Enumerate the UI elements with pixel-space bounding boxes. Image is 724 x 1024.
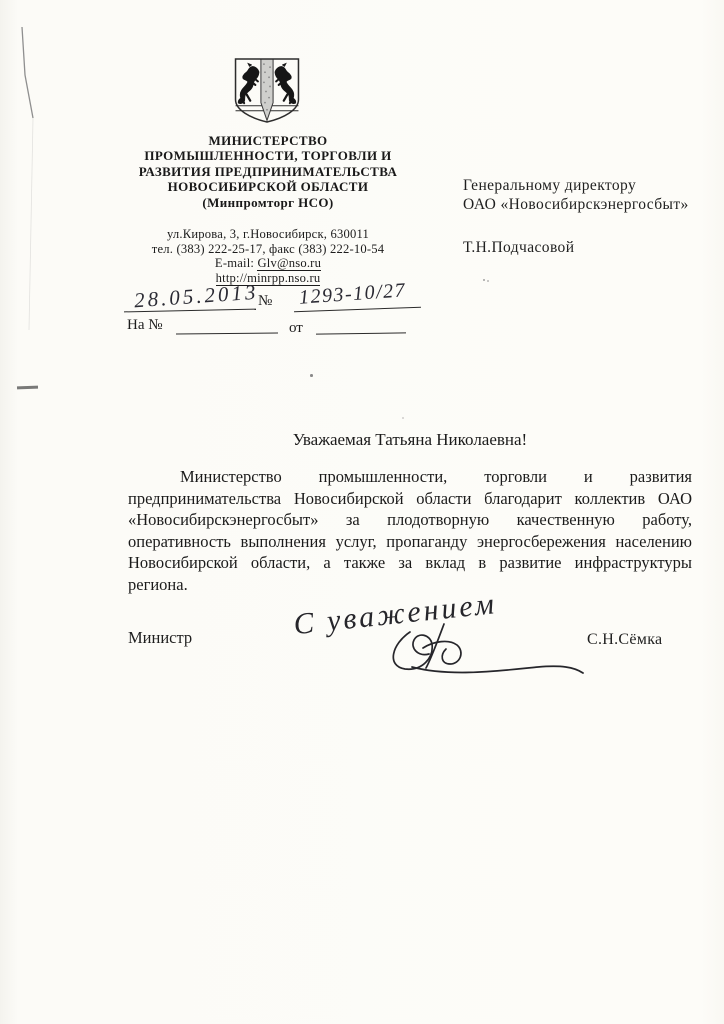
recipient-organization: ОАО «Новосибирскэнергосбыт» bbox=[463, 195, 718, 214]
scan-speck bbox=[310, 374, 313, 377]
scan-speck bbox=[402, 417, 404, 419]
signer-name: С.Н.Сёмка bbox=[587, 631, 662, 649]
scan-artifact-edge-mark bbox=[17, 386, 38, 389]
body-line: оперативность выполнения услуг, пропаган… bbox=[128, 531, 692, 553]
incoming-date-label: от bbox=[289, 320, 303, 337]
letterhead-contact-block: ул.Кирова, 3, г.Новосибирск, 630011 тел.… bbox=[108, 227, 428, 285]
signature-flourish bbox=[393, 624, 583, 673]
ministry-name-line: МИНИСТЕРСТВО bbox=[108, 133, 428, 148]
ministry-name-block: МИНИСТЕРСТВО ПРОМЫШЛЕННОСТИ, ТОРГОВЛИ И … bbox=[108, 133, 428, 210]
email-label: E-mail: bbox=[215, 256, 258, 270]
body-line: Новосибирской области, а также за вклад … bbox=[128, 552, 692, 574]
recipient-name: Т.Н.Подчасовой bbox=[463, 238, 718, 257]
recipient-block: Генеральному директору ОАО «Новосибирскэ… bbox=[463, 176, 718, 257]
novosibirsk-coat-of-arms-icon bbox=[232, 57, 302, 124]
ministry-name-line: РАЗВИТИЯ ПРЕДПРИНИМАТЕЛЬСТВА bbox=[108, 164, 428, 179]
scan-speck bbox=[487, 280, 489, 282]
recipient-position: Генеральному директору bbox=[463, 176, 718, 195]
email-line: E-mail: Glv@nso.ru bbox=[108, 256, 428, 271]
incoming-ref-label: На № bbox=[127, 317, 163, 334]
salutation: Уважаемая Татьяна Николаевна! bbox=[128, 430, 692, 450]
scanned-letter-page: МИНИСТЕРСТВО ПРОМЫШЛЕННОСТИ, ТОРГОВЛИ И … bbox=[0, 0, 724, 1024]
sable-figure bbox=[238, 64, 259, 104]
body-paragraph: Министерство промышленности, торговли и … bbox=[128, 466, 692, 596]
ministry-short-name: (Минпромторг НСО) bbox=[108, 195, 428, 210]
sable-figure bbox=[275, 64, 296, 104]
body-line: предпринимательства Новосибирской област… bbox=[128, 488, 692, 510]
body-line: Министерство промышленности, торговли и … bbox=[128, 466, 692, 488]
number-sign: № bbox=[258, 293, 272, 310]
signer-position-title: Министр bbox=[128, 628, 192, 648]
handwritten-closing: С уважением bbox=[292, 587, 498, 641]
scan-artifact-topleft-line bbox=[14, 20, 44, 340]
body-line: «Новосибирскэнергосбыт» за плодотворную … bbox=[128, 509, 692, 531]
street-address: ул.Кирова, 3, г.Новосибирск, 630011 bbox=[108, 227, 428, 242]
scan-speck bbox=[483, 279, 485, 281]
handwritten-signature: С уважением bbox=[272, 582, 602, 682]
email-address: Glv@nso.ru bbox=[257, 256, 321, 271]
incoming-number-underline bbox=[176, 332, 278, 334]
phone-fax-line: тел. (383) 222-25-17, факс (383) 222-10-… bbox=[108, 242, 428, 257]
ministry-name-line: НОВОСИБИРСКОЙ ОБЛАСТИ bbox=[108, 179, 428, 194]
incoming-date-underline bbox=[316, 332, 406, 334]
ministry-name-line: ПРОМЫШЛЕННОСТИ, ТОРГОВЛИ И bbox=[108, 148, 428, 163]
